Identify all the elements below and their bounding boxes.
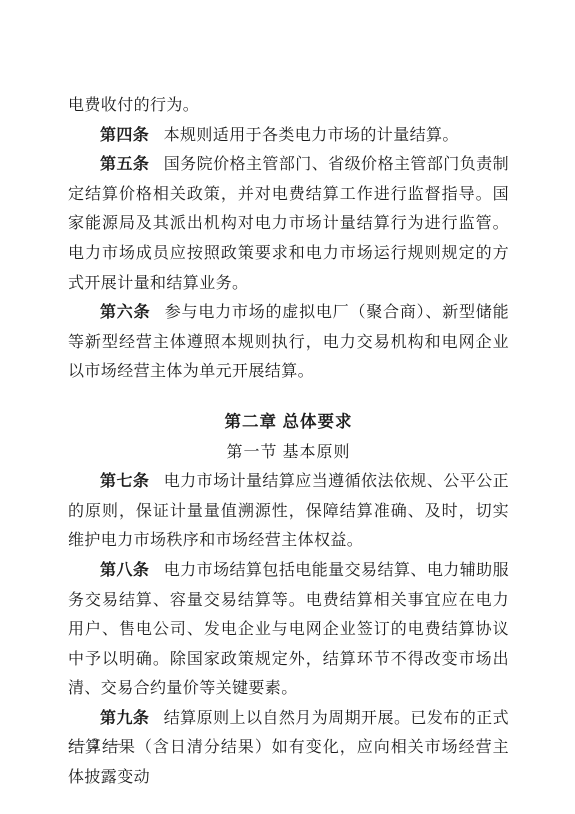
article-5-label: 第五条 (100, 156, 149, 173)
article-9-label: 第九条 (100, 710, 149, 727)
article-paragraph-7: 第七条电力市场计量结算应当遵循依法依规、公平公正的原则，保证计量量值溯源性，保障… (68, 467, 509, 556)
article-5-text: 国务院价格主管部门、省级价格主管部门负责制定结算价格相关政策，并对电费结算工作进… (68, 156, 509, 291)
article-paragraph-8: 第八条电力市场结算包括电能量交易结算、电力辅助服务交易结算、容量交易结算等。电费… (68, 556, 509, 704)
article-4-text: 本规则适用于各类电力市场的计量结算。 (164, 127, 459, 144)
article-6-label: 第六条 (100, 304, 150, 321)
article-7-label: 第七条 (100, 473, 149, 490)
paragraph-continuation: 电费收付的行为。 (68, 91, 509, 121)
article-paragraph-5: 第五条国务院价格主管部门、省级价格主管部门负责制定结算价格相关政策，并对电费结算… (68, 150, 509, 298)
document-body: 电费收付的行为。 第四条本规则适用于各类电力市场的计量结算。 第五条国务院价格主… (68, 91, 509, 793)
section-heading: 第一节 基本原则 (68, 438, 509, 468)
chapter-heading: 第二章 总体要求 (68, 408, 509, 438)
page-number: — 2 — (70, 736, 123, 753)
document-page: 电费收付的行为。 第四条本规则适用于各类电力市场的计量结算。 第五条国务院价格主… (0, 0, 575, 814)
article-8-text: 电力市场结算包括电能量交易结算、电力辅助服务交易结算、容量交易结算等。电费结算相… (68, 562, 509, 697)
article-8-label: 第八条 (100, 562, 149, 579)
article-paragraph-4: 第四条本规则适用于各类电力市场的计量结算。 (68, 121, 509, 151)
article-paragraph-9: 第九条结算原则上以自然月为周期开展。已发布的正式结算结果（含日清分结果）如有变化… (68, 704, 509, 793)
article-paragraph-6: 第六条参与电力市场的虚拟电厂（聚合商）、新型储能等新型经营主体遵照本规则执行，电… (68, 298, 509, 387)
article-4-label: 第四条 (100, 127, 149, 144)
